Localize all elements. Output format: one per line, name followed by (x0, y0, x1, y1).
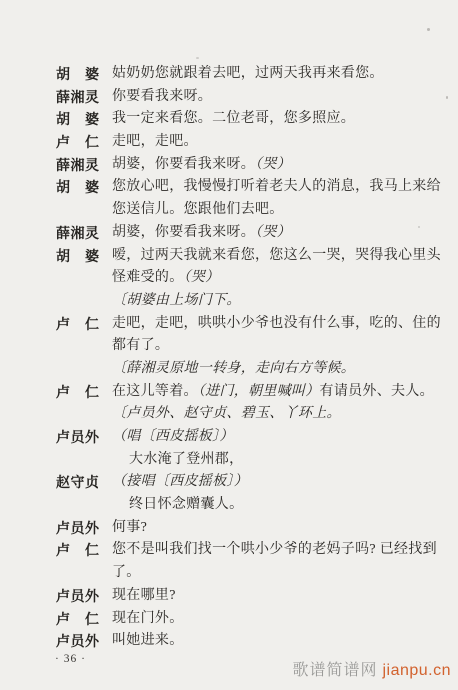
line-text: 叫她进来。 (112, 630, 450, 653)
dialogue-text: 您放心吧，我慢慢打听着老夫人的消息，我马上来给 (112, 179, 441, 194)
dialogue-text: 现在门外。 (112, 611, 184, 626)
script-line: 胡 婆嗳，过两天我就来看您，您这么一哭，哭得我心里头 (0, 245, 458, 268)
speaker-name: 薛湘灵 (56, 86, 112, 109)
speaker-name: 卢 仁 (56, 608, 112, 631)
script-line: 薛湘灵胡婆，你要看我来呀。（哭） (0, 222, 458, 245)
dialogue-text: 有请员外、夫人。 (320, 384, 434, 399)
line-text: 姑奶奶您就跟着去吧，过两天我再来看您。 (112, 63, 450, 86)
line-text: 嗳，过两天我就来看您，您这么一哭，哭得我心里头 (112, 245, 450, 268)
script-line: 卢 仁走吧，走吧。 (0, 131, 458, 154)
dialogue-text: 姑奶奶您就跟着去吧，过两天我再来看您。 (112, 66, 384, 81)
dialogue-text: 胡婆，你要看我来呀。 (112, 157, 255, 172)
script-line: 〔卢员外、赵守贞、碧玉、丫环上。 (0, 403, 458, 426)
stage-direction-text: （接唱〔西皮摇板〕） (112, 474, 248, 489)
line-text: 何事? (112, 517, 450, 540)
line-text: 您不是叫我们找一个哄小少爷的老妈子吗? 已经找到 (112, 539, 450, 562)
script-line: 卢员外（唱〔西皮摇板〕） (0, 426, 458, 449)
script-line: 〔薛湘灵原地一转身，走向右方等候。 (0, 358, 458, 381)
line-text: 您放心吧，我慢慢打听着老夫人的消息，我马上来给 (112, 176, 450, 199)
speaker-name (56, 335, 112, 358)
dialogue-text: 嗳，过两天我就来看您，您这么一哭，哭得我心里头 (112, 248, 441, 263)
speaker-name: 胡 婆 (56, 245, 112, 268)
speaker-name: 卢 仁 (56, 381, 112, 404)
watermark: 歌谱简谱网jianpu.cn (292, 657, 451, 680)
scan-speck (427, 28, 430, 31)
line-text: 走吧，走吧，哄哄小少爷也没有什么事，吃的、住的 (112, 313, 450, 336)
script-line: 卢 仁您不是叫我们找一个哄小少爷的老妈子吗? 已经找到 (0, 539, 458, 562)
scan-speck (446, 96, 448, 99)
dialogue-text: 走吧，走吧。 (112, 134, 198, 149)
line-text: 〔薛湘灵原地一转身，走向右方等候。 (112, 358, 450, 381)
speaker-name (56, 290, 112, 313)
line-text: 现在哪里? (112, 585, 450, 608)
speaker-name: 卢 仁 (56, 313, 112, 336)
stage-direction-text: 〔薛湘灵原地一转身，走向右方等候。 (112, 361, 355, 376)
line-text: 你要看我来呀。 (112, 86, 450, 109)
script-line: 了。 (0, 562, 458, 585)
speaker-name: 赵守贞 (56, 471, 112, 494)
line-text: 我一定来看您。二位老哥，您多照应。 (112, 108, 450, 131)
speaker-name: 薛湘灵 (56, 222, 112, 245)
speaker-name: 卢员外 (56, 585, 112, 608)
dialogue-text: 大水淹了登州郡， (129, 452, 243, 467)
line-text: 〔卢员外、赵守贞、碧玉、丫环上。 (112, 403, 450, 426)
stage-direction-text: （进门，朝里喊叫） (198, 384, 320, 399)
line-text: 走吧，走吧。 (112, 131, 450, 154)
script-line: 卢 仁在这儿等着。（进门，朝里喊叫）有请员外、夫人。 (0, 381, 458, 404)
line-text: 胡婆，你要看我来呀。（哭） (112, 154, 450, 177)
line-text: 您送信儿。您跟他们去吧。 (112, 199, 450, 222)
speaker-name: 胡 婆 (56, 63, 112, 86)
line-text: 〔胡婆由上场门下。 (112, 290, 450, 313)
stage-direction-text: （唱〔西皮摇板〕） (112, 429, 234, 444)
line-text: 终日怀念赠囊人。 (112, 494, 450, 517)
line-text: 在这儿等着。（进门，朝里喊叫）有请员外、夫人。 (112, 381, 450, 404)
book-page: 胡 婆姑奶奶您就跟着去吧，过两天我再来看您。薛湘灵你要看我来呀。胡 婆我一定来看… (0, 0, 458, 690)
script-line: 卢员外叫她进来。 (0, 630, 458, 653)
dialogue-text: 都有了。 (112, 338, 169, 353)
speaker-name: 卢员外 (56, 517, 112, 540)
speaker-name (56, 199, 112, 222)
watermark-site-url[interactable]: jianpu.cn (382, 662, 451, 679)
speaker-name (56, 494, 112, 517)
script-line: 胡 婆姑奶奶您就跟着去吧，过两天我再来看您。 (0, 63, 458, 86)
script-line: 大水淹了登州郡， (0, 449, 458, 472)
script-line: 〔胡婆由上场门下。 (0, 290, 458, 313)
script-line: 都有了。 (0, 335, 458, 358)
script-line: 薛湘灵胡婆，你要看我来呀。（哭） (0, 154, 458, 177)
speaker-name: 卢员外 (56, 630, 112, 653)
script-lines: 胡 婆姑奶奶您就跟着去吧，过两天我再来看您。薛湘灵你要看我来呀。胡 婆我一定来看… (0, 63, 458, 653)
speaker-name: 卢 仁 (56, 131, 112, 154)
page-number: · 36 · (55, 653, 86, 665)
scan-speck (418, 226, 420, 228)
speaker-name (56, 358, 112, 381)
dialogue-text: 何事? (112, 520, 147, 535)
script-line: 您送信儿。您跟他们去吧。 (0, 199, 458, 222)
script-line: 终日怀念赠囊人。 (0, 494, 458, 517)
speaker-name: 胡 婆 (56, 176, 112, 199)
script-line: 薛湘灵你要看我来呀。 (0, 86, 458, 109)
script-line: 卢 仁现在门外。 (0, 608, 458, 631)
line-text: 都有了。 (112, 335, 450, 358)
stage-direction-text: （哭） (255, 157, 291, 172)
line-text: 了。 (112, 562, 450, 585)
line-text: 怪难受的。（哭） (112, 267, 450, 290)
line-text: （唱〔西皮摇板〕） (112, 426, 450, 449)
script-line: 赵守贞（接唱〔西皮摇板〕） (0, 471, 458, 494)
script-line: 胡 婆我一定来看您。二位老哥，您多照应。 (0, 108, 458, 131)
watermark-site-name: 歌谱简谱网 (292, 662, 377, 679)
dialogue-text: 了。 (112, 565, 141, 580)
stage-direction-text: （哭） (184, 270, 220, 285)
stage-direction-text: 〔卢员外、赵守贞、碧玉、丫环上。 (112, 406, 341, 421)
dialogue-text: 你要看我来呀。 (112, 89, 212, 104)
dialogue-text: 在这儿等着。 (112, 384, 198, 399)
speaker-name: 卢员外 (56, 426, 112, 449)
stage-direction-text: 〔胡婆由上场门下。 (112, 293, 241, 308)
dialogue-text: 走吧，走吧，哄哄小少爷也没有什么事，吃的、住的 (112, 316, 441, 331)
speaker-name (56, 562, 112, 585)
stage-direction-text: （哭） (255, 225, 291, 240)
script-line: 卢 仁走吧，走吧，哄哄小少爷也没有什么事，吃的、住的 (0, 313, 458, 336)
line-text: 现在门外。 (112, 608, 450, 631)
line-text: （接唱〔西皮摇板〕） (112, 471, 450, 494)
dialogue-text: 您不是叫我们找一个哄小少爷的老妈子吗? 已经找到 (112, 542, 437, 557)
speaker-name: 薛湘灵 (56, 154, 112, 177)
line-text: 胡婆，你要看我来呀。（哭） (112, 222, 450, 245)
dialogue-text: 怪难受的。 (112, 270, 184, 285)
line-text: 大水淹了登州郡， (112, 449, 450, 472)
dialogue-text: 我一定来看您。二位老哥，您多照应。 (112, 111, 355, 126)
scan-speck (196, 57, 199, 59)
dialogue-text: 叫她进来。 (112, 633, 184, 648)
script-line: 卢员外现在哪里? (0, 585, 458, 608)
script-line: 怪难受的。（哭） (0, 267, 458, 290)
dialogue-text: 终日怀念赠囊人。 (129, 497, 243, 512)
dialogue-text: 现在哪里? (112, 588, 176, 603)
script-line: 胡 婆您放心吧，我慢慢打听着老夫人的消息，我马上来给 (0, 176, 458, 199)
script-line: 卢员外何事? (0, 517, 458, 540)
speaker-name: 胡 婆 (56, 108, 112, 131)
speaker-name (56, 267, 112, 290)
speaker-name (56, 449, 112, 472)
speaker-name: 卢 仁 (56, 539, 112, 562)
speaker-name (56, 403, 112, 426)
dialogue-text: 胡婆，你要看我来呀。 (112, 225, 255, 240)
dialogue-text: 您送信儿。您跟他们去吧。 (112, 202, 284, 217)
